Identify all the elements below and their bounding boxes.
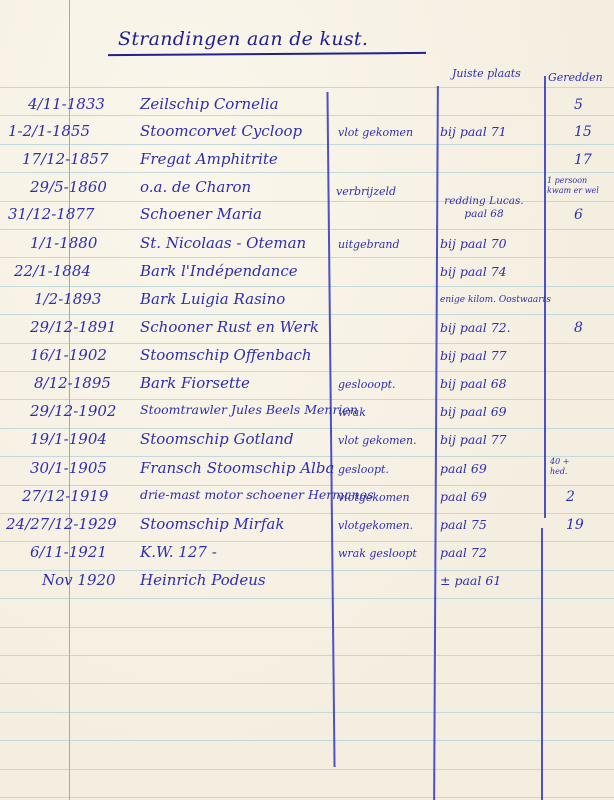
- row-location: bij paal 72.: [440, 322, 511, 335]
- row-date: 1-2/1-1855: [8, 124, 90, 139]
- ruled-line: [0, 683, 614, 684]
- row-date: 19/1-1904: [30, 432, 107, 447]
- ruled-line: [0, 87, 614, 88]
- ruled-line: [0, 144, 614, 145]
- ruled-line: [0, 456, 614, 457]
- ruled-line: [0, 712, 614, 713]
- row-ship: Bark Fiorsette: [140, 376, 250, 391]
- column-divider-status: [326, 92, 335, 767]
- row-rescued: 15: [574, 125, 592, 139]
- row-status: wrak gesloopt: [338, 548, 417, 559]
- ruled-line: [0, 655, 614, 656]
- ruled-line: [0, 797, 614, 798]
- ruled-line: [0, 513, 614, 514]
- column-divider-rescued-lower: [541, 528, 543, 800]
- row-date: 29/12-1902: [30, 404, 116, 419]
- row-ship: Stoomschip Offenbach: [140, 348, 312, 363]
- row-rescued: 8: [574, 321, 583, 335]
- row-location: paal 72: [440, 547, 487, 560]
- row-location: redding Lucas. paal 68: [440, 195, 528, 221]
- row-location: bij paal 70: [440, 238, 507, 251]
- ruled-line: [0, 257, 614, 258]
- row-status: vlot gekomen: [338, 127, 413, 138]
- row-date: 27/12-1919: [22, 489, 108, 504]
- row-ship: Schoener Maria: [140, 207, 262, 222]
- row-location: enige kilom. Oostwaarts: [440, 296, 551, 305]
- title-underline: [108, 52, 426, 56]
- row-date: 31/12-1877: [8, 207, 94, 222]
- row-ship: Fregat Amphitrite: [140, 152, 278, 167]
- row-date: 24/27/12-1929: [6, 517, 117, 532]
- row-rescued: 1 persoon kwam er wel: [547, 176, 611, 195]
- row-status: vlotgekomen: [338, 492, 410, 503]
- row-date: 29/12-1891: [30, 320, 116, 335]
- row-location: paal 69: [440, 491, 487, 504]
- row-ship: St. Nicolaas - Oteman: [140, 236, 306, 251]
- header-location: Juiste plaats: [452, 68, 521, 79]
- row-location: bij paal 74: [440, 266, 507, 279]
- ruled-line: [0, 229, 614, 230]
- row-status: vlot gekomen.: [338, 435, 417, 446]
- row-date: 4/11-1833: [28, 97, 105, 112]
- row-date: 6/11-1921: [30, 545, 107, 560]
- ruled-line: [0, 627, 614, 628]
- ruled-line: [0, 314, 614, 315]
- row-ship: Stoomtrawler Jules Beels Menrien: [140, 404, 358, 417]
- row-date: 30/1-1905: [30, 461, 107, 476]
- ruled-line: [0, 115, 614, 116]
- row-ship: Heinrich Podeus: [140, 573, 266, 588]
- row-rescued: 2: [566, 490, 575, 504]
- row-date: 1/2-1893: [34, 292, 101, 307]
- ruled-line: [0, 286, 614, 287]
- ruled-line: [0, 485, 614, 486]
- row-location: paal 75: [440, 519, 487, 532]
- row-location: bij paal 77: [440, 434, 507, 447]
- page-title: Strandingen aan de kust.: [118, 30, 368, 49]
- row-status: verbrijzeld: [336, 186, 396, 197]
- row-ship: Stoomcorvet Cycloop: [140, 124, 302, 139]
- row-location: ± paal 61: [440, 575, 501, 588]
- row-date: 29/5-1860: [30, 180, 107, 195]
- ruled-line: [0, 428, 614, 429]
- ruled-line: [0, 343, 614, 344]
- row-ship: Stoomschip Gotland: [140, 432, 294, 447]
- ruled-line: [0, 769, 614, 770]
- row-ship: Stoomschip Mirfak: [140, 517, 284, 532]
- row-date: 1/1-1880: [30, 236, 97, 251]
- row-status: geslooopt.: [338, 379, 396, 390]
- ruled-line: [0, 371, 614, 372]
- row-rescued: 19: [566, 518, 584, 532]
- row-location: bij paal 68: [440, 378, 507, 391]
- row-rescued: 5: [574, 98, 583, 112]
- row-ship: o.a. de Charon: [140, 180, 251, 195]
- row-location: paal 69: [440, 463, 487, 476]
- ruled-line: [0, 541, 614, 542]
- margin-line: [69, 0, 70, 800]
- column-divider-location: [433, 86, 438, 800]
- row-ship: Zeilschip Cornelia: [140, 97, 279, 112]
- row-ship: K.W. 127 -: [140, 545, 217, 560]
- row-ship: Schooner Rust en Werk: [140, 320, 319, 335]
- row-date: 17/12-1857: [22, 152, 108, 167]
- ruled-line: [0, 172, 614, 173]
- row-date: Nov 1920: [42, 573, 116, 588]
- row-rescued: 6: [574, 208, 583, 222]
- row-ship: Bark l'Indépendance: [140, 264, 298, 279]
- row-rescued: 40 + hed.: [550, 457, 574, 478]
- ruled-line: [0, 399, 614, 400]
- ruled-line: [0, 740, 614, 741]
- header-rescued: Geredden: [548, 72, 603, 83]
- row-date: 8/12-1895: [34, 376, 111, 391]
- row-date: 22/1-1884: [14, 264, 91, 279]
- row-ship: Bark Luigia Rasino: [140, 292, 285, 307]
- row-location: bij paal 77: [440, 350, 507, 363]
- row-status: vlotgekomen.: [338, 520, 413, 531]
- row-rescued: 17: [574, 153, 592, 167]
- row-date: 16/1-1902: [30, 348, 107, 363]
- row-status: wrak: [338, 407, 366, 418]
- row-location: bij paal 71: [440, 126, 507, 139]
- row-ship: Fransch Stoomschip Alba: [140, 461, 334, 476]
- row-location: bij paal 69: [440, 406, 507, 419]
- ruled-line: [0, 598, 614, 599]
- row-status: gesloopt.: [338, 464, 389, 475]
- notebook-page: Strandingen aan de kust. Juiste plaats G…: [0, 0, 614, 800]
- row-status: uitgebrand: [338, 239, 400, 250]
